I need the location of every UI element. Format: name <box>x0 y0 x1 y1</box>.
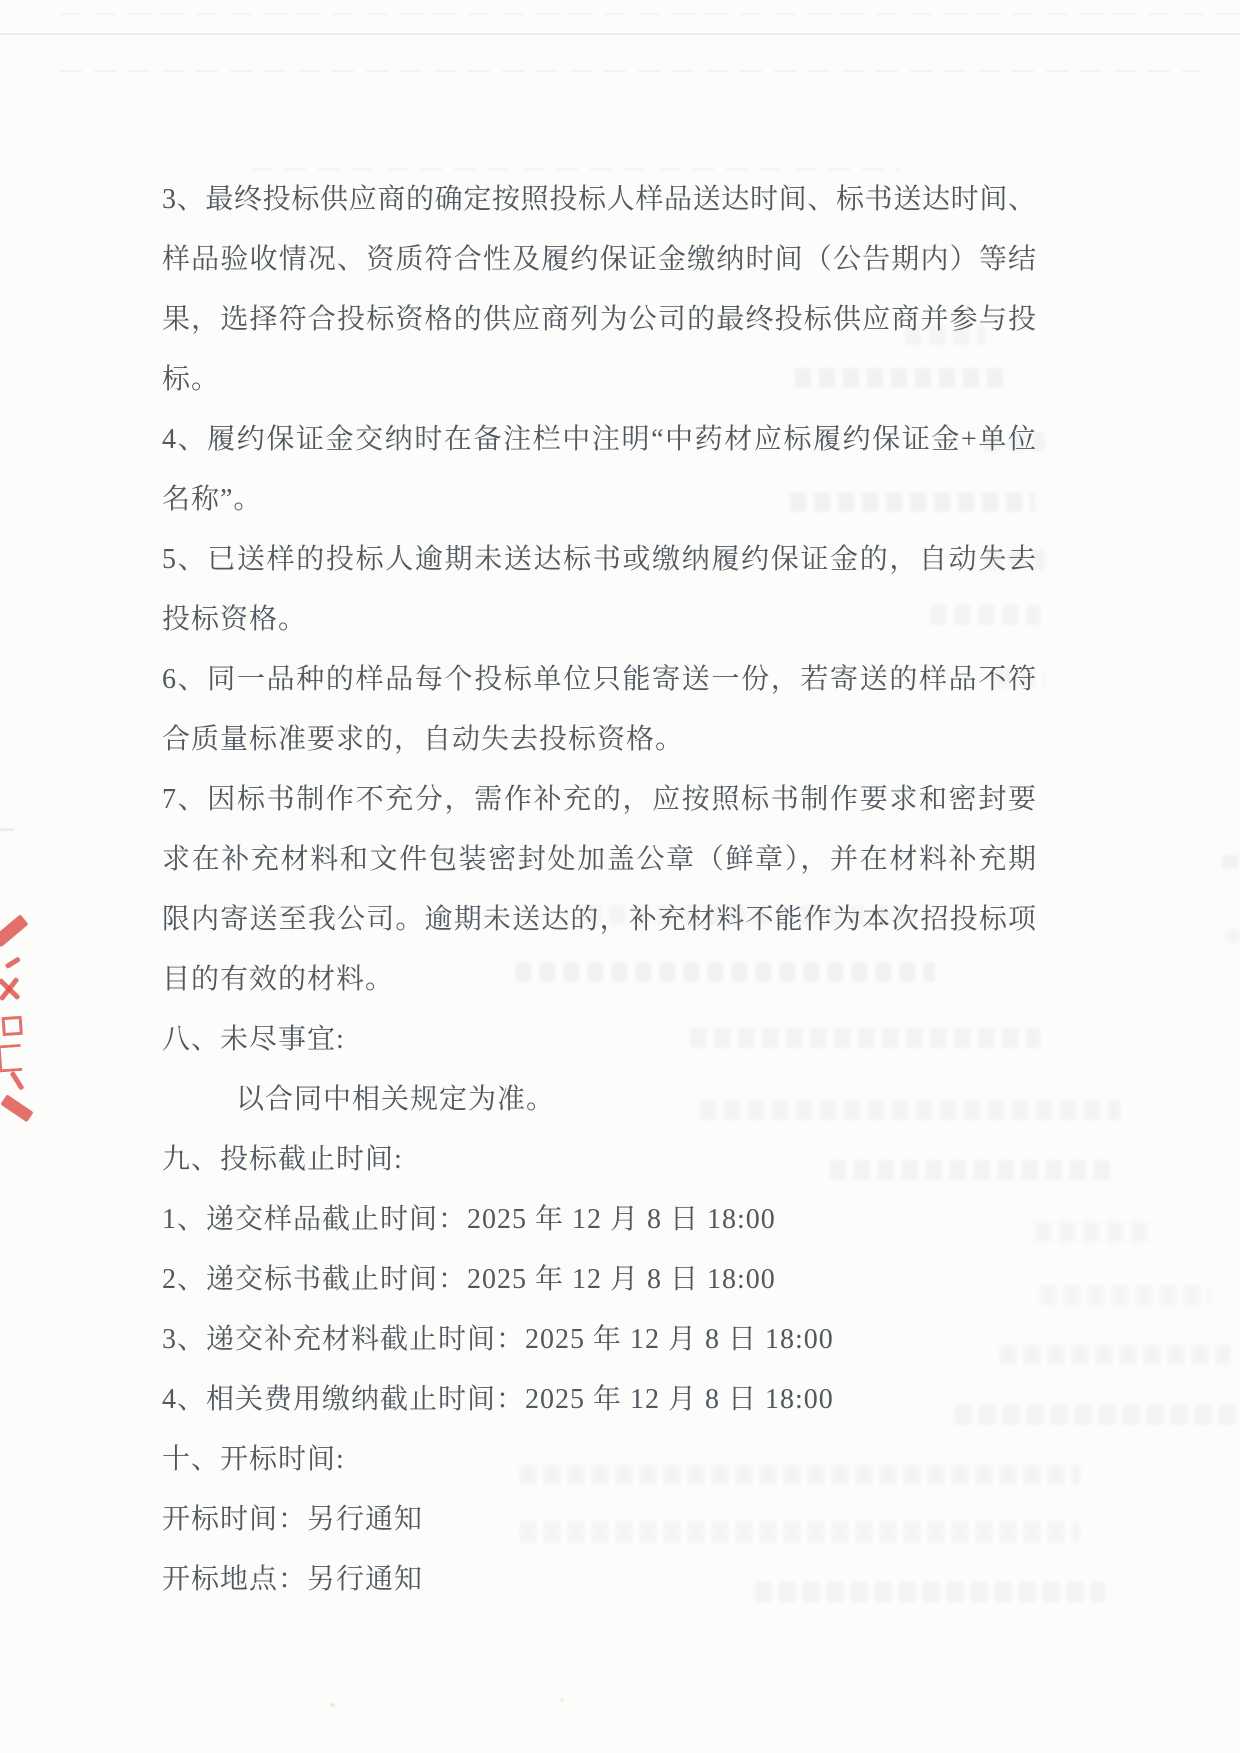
text-line: 样品验收情况、资质符合性及履约保证金缴纳时间（公告期内）等结 <box>162 230 1036 290</box>
bleed-through-mark <box>1040 1285 1210 1305</box>
text-line: 名称”。 <box>162 470 1036 530</box>
scan-artifact-line <box>0 33 1240 35</box>
text-line: 5、已送样的投标人逾期未送达标书或缴纳履约保证金的，自动失去 <box>162 530 1036 590</box>
text-line: 7、因标书制作不充分，需作补充的，应按照标书制作要求和密封要 <box>162 770 1036 830</box>
red-ink-mark <box>0 978 21 1000</box>
deadline-line: 3、递交补充材料截止时间：2025 年 12 月 8 日 18:00 <box>162 1310 1036 1370</box>
red-ink-mark <box>0 977 19 1001</box>
red-stamp-bleed <box>0 911 51 1164</box>
bleed-through-mark <box>1226 930 1240 942</box>
text-line: 目的有效的材料。 <box>162 950 1036 1010</box>
deadline-line: 4、相关费用缴纳截止时间：2025 年 12 月 8 日 18:00 <box>162 1370 1036 1430</box>
red-ink-mark <box>10 1071 25 1091</box>
red-ink-mark <box>0 1044 22 1073</box>
section-heading: 八、未尽事宜: <box>162 1010 1036 1070</box>
text-line: 标。 <box>162 350 1036 410</box>
text-line: 以合同中相关规定为准。 <box>162 1070 1036 1130</box>
text-line: 限内寄送至我公司。逾期未送达的，补充材料不能作为本次招投标项 <box>162 890 1036 950</box>
scan-artifact-mark <box>0 828 14 831</box>
text-line: 6、同一品种的样品每个投标单位只能寄送一份，若寄送的样品不符 <box>162 650 1036 710</box>
text-line: 开标时间：另行通知 <box>162 1490 1036 1550</box>
scan-speck <box>560 1698 564 1702</box>
bleed-through-mark <box>1222 855 1240 869</box>
text-line: 投标资格。 <box>162 590 1036 650</box>
scan-artifact-line <box>60 70 1200 72</box>
text-line: 求在补充材料和文件包装密封处加盖公章（鲜章），并在材料补充期 <box>162 830 1036 890</box>
scan-artifact-line <box>60 13 1240 15</box>
deadline-line: 2、递交标书截止时间：2025 年 12 月 8 日 18:00 <box>162 1250 1036 1310</box>
bleed-through-mark <box>1035 1222 1155 1242</box>
text-line: 合质量标准要求的，自动失去投标资格。 <box>162 710 1036 770</box>
scanned-document-page: 3、最终投标供应商的确定按照投标人样品送达时间、标书送达时间、 样品验收情况、资… <box>0 0 1240 1753</box>
section-heading: 十、开标时间: <box>162 1430 1036 1490</box>
text-line: 开标地点：另行通知 <box>162 1550 1036 1610</box>
document-body: 3、最终投标供应商的确定按照投标人样品送达时间、标书送达时间、 样品验收情况、资… <box>162 170 1036 1610</box>
scan-speck <box>330 1703 335 1707</box>
red-ink-mark <box>0 1094 33 1122</box>
red-ink-mark <box>0 914 29 947</box>
section-heading: 九、投标截止时间: <box>162 1130 1036 1190</box>
text-line: 果，选择符合投标资格的供应商列为公司的最终投标供应商并参与投 <box>162 290 1036 350</box>
red-ink-mark <box>5 956 21 969</box>
deadline-line: 1、递交样品截止时间：2025 年 12 月 8 日 18:00 <box>162 1190 1036 1250</box>
text-line: 4、履约保证金交纳时在备注栏中注明“中药材应标履约保证金+单位 <box>162 410 1036 470</box>
text-line: 3、最终投标供应商的确定按照投标人样品送达时间、标书送达时间、 <box>162 170 1036 230</box>
red-ink-mark <box>2 1016 23 1036</box>
